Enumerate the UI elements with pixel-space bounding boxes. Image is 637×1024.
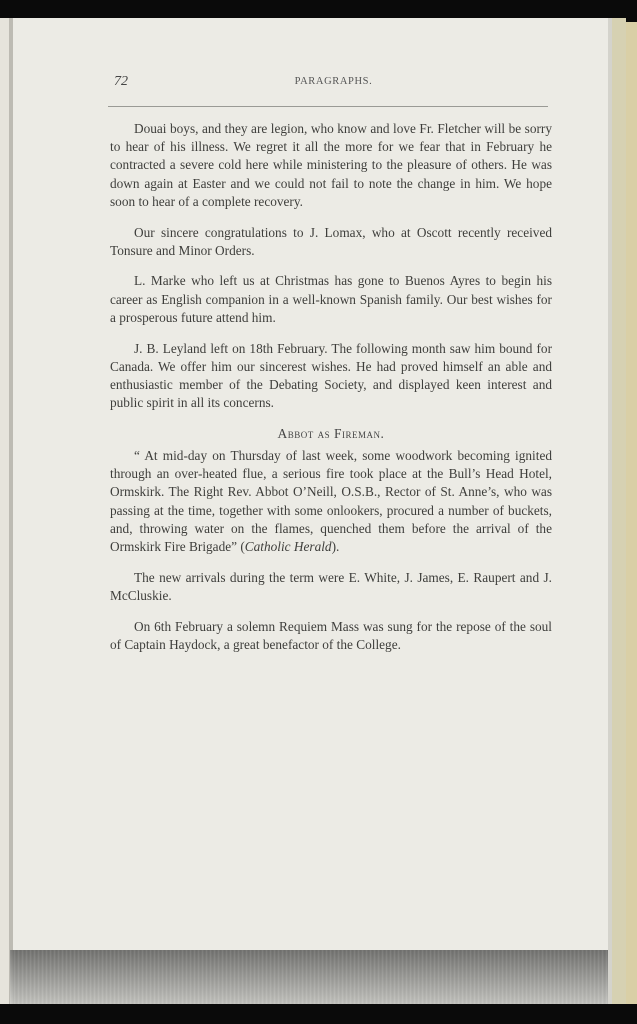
quote-end: ).: [332, 539, 340, 554]
paragraph-lomax: Our sincere congratulations to J. Lomax,…: [110, 224, 552, 260]
paragraph-new-arrivals: The new arrivals during the term were E.…: [110, 569, 552, 605]
page-stack-edge: [612, 18, 626, 1004]
running-title: PARAGRAPHS.: [114, 76, 553, 87]
paragraph-fire-quote: “ At mid-day on Thursday of last week, s…: [110, 447, 552, 556]
header-rule: [108, 106, 548, 107]
paragraph-leyland: J. B. Leyland left on 18th February. The…: [110, 340, 552, 413]
page-body: Douai boys, and they are legion, who kno…: [110, 120, 552, 667]
scan-shadow: [10, 950, 608, 1004]
paragraph-fletcher: Douai boys, and they are legion, who kno…: [110, 120, 552, 211]
quote-source: Catholic Herald: [245, 539, 332, 554]
paragraph-marke: L. Marke who left us at Christmas has go…: [110, 272, 552, 327]
page-header: 72 PARAGRAPHS.: [114, 74, 553, 94]
cover-edge: [626, 22, 637, 1004]
section-heading: Abbot as Fireman.: [110, 425, 552, 443]
paragraph-requiem: On 6th February a solemn Requiem Mass wa…: [110, 618, 552, 654]
